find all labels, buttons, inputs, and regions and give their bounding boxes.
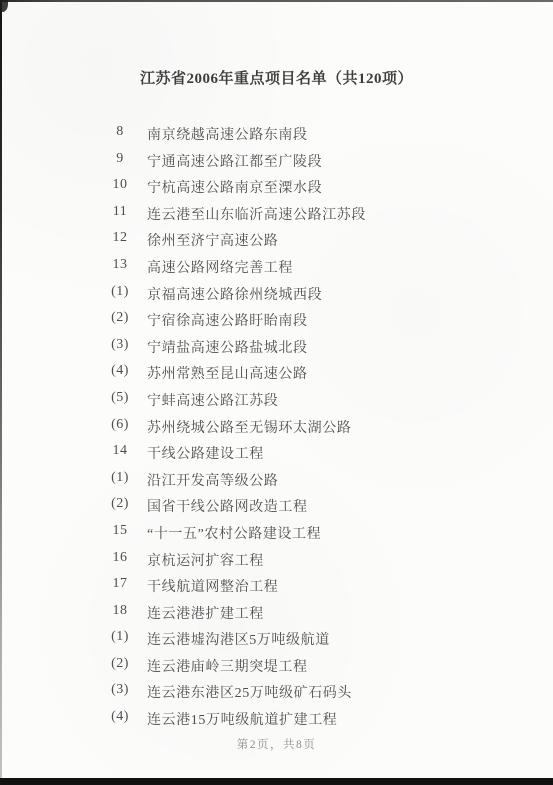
- item-text: 宁蚌高速公路江苏段: [147, 390, 278, 410]
- scan-edge-top: [0, 0, 553, 2]
- item-text: 连云港15万吨级航道扩建工程: [147, 709, 337, 729]
- list-item: 16 京杭运河扩容工程: [0, 550, 553, 577]
- item-number: 17: [100, 576, 140, 592]
- item-number: 8: [100, 124, 140, 140]
- list-item: (1) 沿江开发高等级公路: [0, 470, 553, 497]
- page-title: 江苏省2006年重点项目名单（共120项）: [0, 67, 553, 88]
- item-number: 13: [100, 257, 140, 273]
- list-item: 18 连云港港扩建工程: [0, 603, 553, 630]
- scan-edge-bottom: [0, 778, 553, 785]
- list-item: (1) 连云港墟沟港区5万吨级航道: [0, 629, 553, 656]
- item-number: (2): [100, 496, 140, 512]
- item-text: 京福高速公路徐州绕城西段: [147, 284, 322, 304]
- item-number: 12: [100, 230, 140, 246]
- list-item: 15 “十一五”农村公路建设工程: [0, 523, 553, 550]
- item-number: 14: [100, 443, 140, 459]
- item-number: (4): [100, 363, 140, 379]
- item-text: 连云港至山东临沂高速公路江苏段: [147, 204, 366, 224]
- item-number: (4): [100, 709, 140, 725]
- list-item: 14 干线公路建设工程: [0, 443, 553, 470]
- item-text: 京杭运河扩容工程: [147, 550, 264, 570]
- item-text: 宁宿徐高速公路盱眙南段: [147, 310, 308, 330]
- list-item: (2) 连云港庙岭三期突堤工程: [0, 656, 553, 683]
- project-list: 8 南京绕越高速公路东南段 9 宁通高速公路江都至广陵段 10 宁杭高速公路南京…: [0, 124, 553, 736]
- list-item: (4) 连云港15万吨级航道扩建工程: [0, 709, 553, 736]
- list-item: (6) 苏州绕城公路至无锡环太湖公路: [0, 417, 553, 444]
- item-text: 苏州绕城公路至无锡环太湖公路: [147, 417, 351, 437]
- item-number: (3): [100, 682, 140, 698]
- item-text: 沿江开发高等级公路: [147, 470, 278, 490]
- list-item: 17 干线航道网整治工程: [0, 576, 553, 603]
- list-item: (2) 宁宿徐高速公路盱眙南段: [0, 310, 553, 337]
- item-text: 宁杭高速公路南京至溧水段: [147, 177, 322, 197]
- item-text: 连云港庙岭三期突堤工程: [147, 656, 308, 676]
- item-text: 高速公路网络完善工程: [147, 257, 293, 277]
- item-text: 连云港东港区25万吨级矿石码头: [147, 682, 352, 702]
- list-item: (1) 京福高速公路徐州绕城西段: [0, 284, 553, 311]
- list-item: (3) 连云港东港区25万吨级矿石码头: [0, 682, 553, 709]
- item-number: 16: [100, 550, 140, 566]
- item-number: (3): [100, 337, 140, 353]
- list-item: 12 徐州至济宁高速公路: [0, 230, 553, 257]
- item-number: 10: [100, 177, 140, 193]
- item-text: 徐州至济宁高速公路: [147, 230, 278, 250]
- list-item: (2) 国省干线公路网改造工程: [0, 496, 553, 523]
- list-item: 13 高速公路网络完善工程: [0, 257, 553, 284]
- page-number-footer: 第2页，共8页: [0, 736, 553, 752]
- scanned-document-page: 江苏省2006年重点项目名单（共120项） 8 南京绕越高速公路东南段 9 宁通…: [0, 0, 553, 785]
- item-text: 干线公路建设工程: [147, 443, 264, 463]
- item-number: (5): [100, 390, 140, 406]
- item-text: 国省干线公路网改造工程: [147, 496, 308, 516]
- item-number: 9: [100, 151, 140, 167]
- list-item: 8 南京绕越高速公路东南段: [0, 124, 553, 151]
- scan-corner-artifact: [0, 0, 8, 12]
- item-text: 干线航道网整治工程: [147, 576, 278, 596]
- list-item: 10 宁杭高速公路南京至溧水段: [0, 177, 553, 204]
- item-number: (1): [100, 629, 140, 645]
- list-item: (3) 宁靖盐高速公路盐城北段: [0, 337, 553, 364]
- item-number: (2): [100, 656, 140, 672]
- list-item: 9 宁通高速公路江都至广陵段: [0, 151, 553, 178]
- item-number: (2): [100, 310, 140, 326]
- list-item: (4) 苏州常熟至昆山高速公路: [0, 363, 553, 390]
- item-text: 连云港墟沟港区5万吨级航道: [147, 629, 330, 649]
- item-number: (1): [100, 470, 140, 486]
- list-item: 11 连云港至山东临沂高速公路江苏段: [0, 204, 553, 231]
- item-text: 南京绕越高速公路东南段: [147, 124, 308, 144]
- item-text: 宁通高速公路江都至广陵段: [147, 151, 322, 171]
- item-number: (1): [100, 284, 140, 300]
- item-number: 18: [100, 603, 140, 619]
- item-number: 11: [100, 204, 140, 220]
- item-number: (6): [100, 417, 140, 433]
- item-text: 苏州常熟至昆山高速公路: [147, 363, 308, 383]
- item-text: 连云港港扩建工程: [147, 603, 264, 623]
- item-text: 宁靖盐高速公路盐城北段: [147, 337, 308, 357]
- item-number: 15: [100, 523, 140, 539]
- item-text: “十一五”农村公路建设工程: [147, 523, 321, 543]
- list-item: (5) 宁蚌高速公路江苏段: [0, 390, 553, 417]
